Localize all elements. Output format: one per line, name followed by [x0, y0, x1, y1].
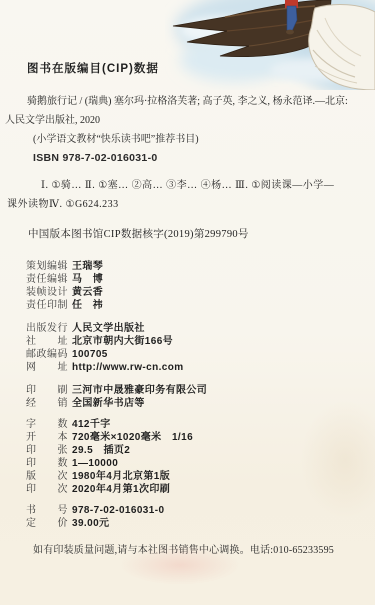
printing-value: 全国新华书店等 — [72, 394, 145, 409]
staff-row: 策划编辑 王瑞琴 — [26, 257, 375, 270]
book-number-price: 书 号 978-7-02-016031-0 定 价 39.00元 — [26, 501, 375, 527]
staff-row: 装帧设计 黄云香 — [26, 283, 375, 296]
website-url: http://www.rw-cn.com — [72, 362, 184, 373]
staff-credits: 策划编辑 王瑞琴 责任编辑 马 博 装帧设计 黄云香 责任印制 任 祎 — [26, 257, 375, 309]
spec-row: 版 次 1980年4月北京第1版 — [26, 467, 375, 480]
publisher-value: 100705 — [72, 349, 108, 360]
copyright-page: 图书在版编目(CIP)数据 骑鹅旅行记 / (瑞典) 塞尔玛·拉格洛芙著; 高子… — [0, 0, 375, 605]
cip-description: 骑鹅旅行记 / (瑞典) 塞尔玛·拉格洛芙著; 高子英, 李之义, 杨永范译.—… — [5, 92, 370, 130]
spec-row: 开 本 720毫米×1020毫米 1/16 — [26, 428, 375, 441]
cip-classification: Ⅰ. ①骑… Ⅱ. ①塞… ②高… ③李… ④杨… Ⅲ. ①阅读课—小学— 课外… — [7, 176, 370, 214]
quality-notice: 如有印装质量问题,请与本社图书销售中心调换。电话:010-65233595 — [33, 541, 375, 556]
spec-value: 29.5 插页2 — [72, 441, 130, 456]
boy-riding-goose-illustration — [165, 0, 375, 90]
price-row: 定 价 39.00元 — [26, 514, 375, 527]
publisher-value: 北京市朝内大街166号 — [72, 332, 173, 347]
price-label: 定 价 — [26, 514, 68, 529]
series-note: (小学语文教材“快乐读书吧”推荐书目) — [33, 132, 375, 147]
printing-info: 印 刷 三河市中晟雅豪印务有限公司 经 销 全国新华书店等 — [26, 381, 375, 407]
spec-row: 印 张 29.5 插页2 — [26, 441, 375, 454]
cip-description-line1: 骑鹅旅行记 / (瑞典) 塞尔玛·拉格洛芙著; 高子英, 李之义, 杨永范译.—… — [5, 92, 370, 111]
spec-value: 2020年4月第1次印刷 — [72, 480, 170, 495]
printing-label: 经 销 — [26, 394, 68, 409]
price-value: 39.00元 — [72, 514, 109, 529]
spec-row: 印 次 2020年4月第1次印刷 — [26, 480, 375, 493]
print-specs: 字 数 412千字 开 本 720毫米×1020毫米 1/16 印 张 29.5… — [26, 415, 375, 493]
cip-record-number: 中国版本图书馆CIP数据核字(2019)第299790号 — [28, 226, 375, 241]
cip-description-line2: 人民文学出版社, 2020 — [5, 111, 370, 130]
publisher-info: 出版发行 人民文学出版社 社 址 北京市朝内大街166号 邮政编码 100705… — [26, 319, 375, 371]
publisher-label: 网 址 — [26, 358, 68, 373]
book-number-row: 书 号 978-7-02-016031-0 — [26, 501, 375, 514]
classification-line1: Ⅰ. ①骑… Ⅱ. ①塞… ②高… ③李… ④杨… Ⅲ. ①阅读课—小学— — [7, 176, 370, 195]
publisher-row: 社 址 北京市朝内大街166号 — [26, 332, 375, 345]
staff-value: 任 祎 — [72, 296, 103, 311]
staff-label: 责任印制 — [26, 296, 68, 311]
printing-row: 印 刷 三河市中晟雅豪印务有限公司 — [26, 381, 375, 394]
classification-line2: 课外读物Ⅳ. ①G624.233 — [7, 195, 370, 214]
staff-row: 责任编辑 马 博 — [26, 270, 375, 283]
spec-row: 字 数 412千字 — [26, 415, 375, 428]
staff-row: 责任印制 任 祎 — [26, 296, 375, 309]
isbn-number: ISBN 978-7-02-016031-0 — [33, 151, 375, 166]
publisher-row: 出版发行 人民文学出版社 — [26, 319, 375, 332]
spec-label: 印 次 — [26, 480, 68, 495]
